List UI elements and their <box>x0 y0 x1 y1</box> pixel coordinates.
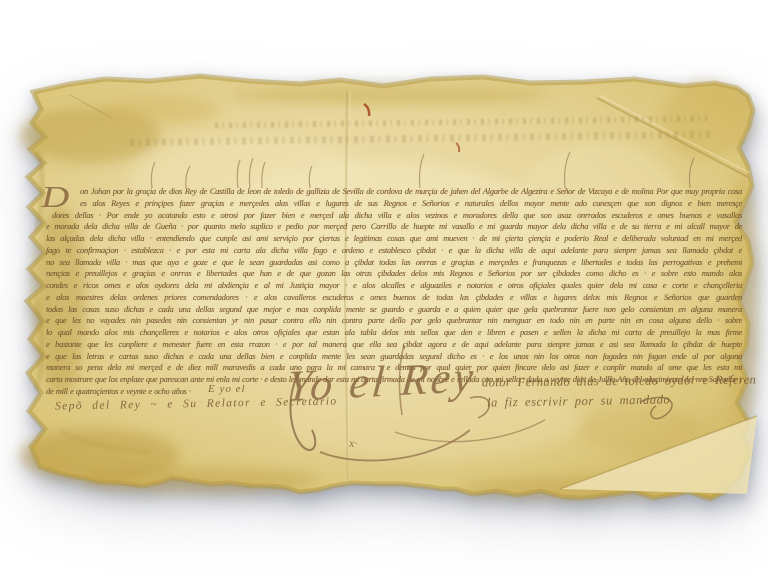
manuscript-line: todas las cosas suso dichas e cada una d… <box>46 304 742 316</box>
ghost-text-line <box>130 131 710 146</box>
manuscript-line: fago te confirmaçion · establezca · e po… <box>46 245 742 257</box>
manuscript-photo: D on Johan por la graçia de dios Rey de … <box>0 0 768 576</box>
escribania-line: la fiz escrivir por su mandado <box>487 392 671 410</box>
manuscript-line: es alos Reyes e prinçipes fazer graçias … <box>46 198 742 210</box>
manuscript-line: lo qual mando alos mis chançelleres e no… <box>46 327 742 339</box>
manuscript-line: on Johan por la graçia de dios Rey de Ca… <box>46 186 742 198</box>
pre-signature: E yo el <box>208 383 246 395</box>
manuscript-line: condes e ricos omes e alos oydores dela … <box>46 280 742 292</box>
rubric-mark: x· <box>349 436 357 451</box>
manuscript-line: e bastante que les cunpliere e menester … <box>46 339 742 351</box>
manuscript-line: e alos maestres delas ordenes priores co… <box>46 292 742 304</box>
royal-signature: Yo el Rey <box>285 351 478 412</box>
manuscript-line: e que les no vayades nin pasedes nin con… <box>46 315 742 327</box>
manuscript-text-layer: D on Johan por la graçia de dios Rey de … <box>0 0 768 576</box>
manuscript-line: nençias e preuillejos e graçias e onrras… <box>46 268 742 280</box>
manuscript-line: las alçadas dela dicha villa · entendien… <box>46 233 742 245</box>
referendary-line: dotor Fernando dias de toledo oydor e Re… <box>482 373 756 391</box>
manuscript-line: no sea llamada villa · mas que aya e goz… <box>46 257 742 269</box>
ghost-text-line <box>215 116 707 129</box>
manuscript-line: dores dellas · Por ende yo acatando esto… <box>46 210 742 222</box>
manuscript-line: e morada dela dicha villa de Gueña · por… <box>46 221 742 233</box>
